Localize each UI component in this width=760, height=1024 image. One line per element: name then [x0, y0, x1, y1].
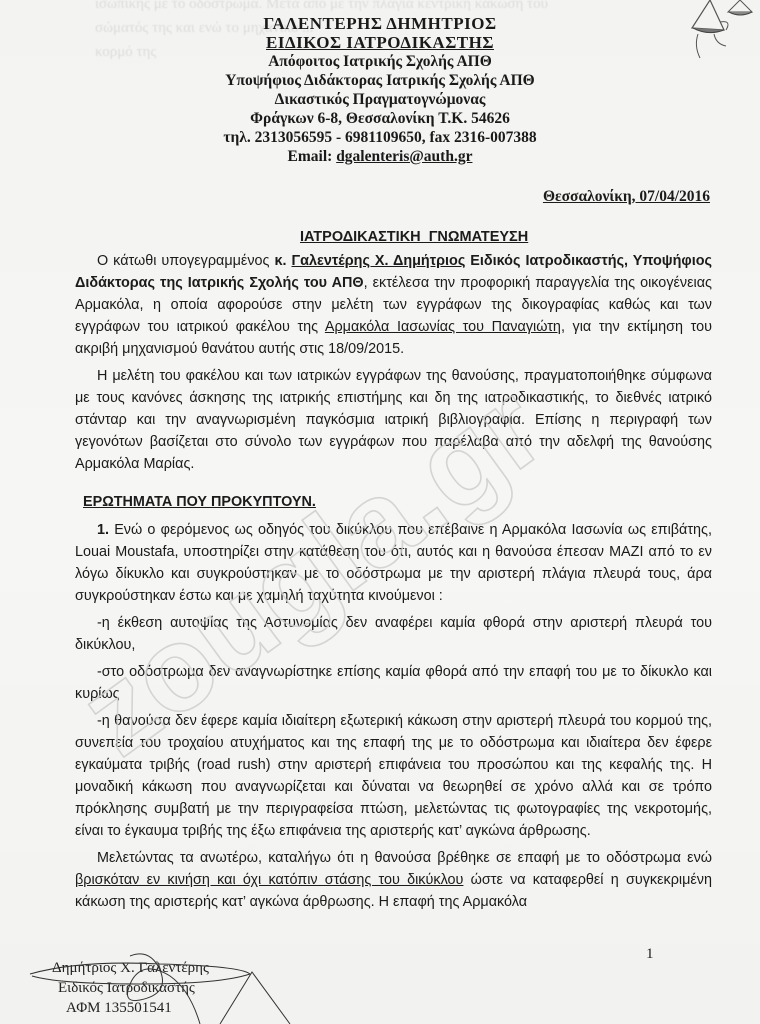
document-date: Θεσσαλονίκη, 07/04/2016: [543, 188, 710, 206]
bullet-item: -στο οδόστρωμα δεν αναγνωρίστηκε επίσης …: [75, 661, 712, 705]
bullet-item: -η θανούσα δεν έφερε καμία ιδιαίτερη εξω…: [75, 710, 712, 842]
text: Μελετώντας τα ανωτέρω, καταλήγω ότι η θα…: [97, 850, 712, 866]
handwritten-signature-icon: [20, 950, 350, 1024]
phone: τηλ. 2313056595 - 6981109650, fax 2316-0…: [0, 128, 760, 147]
paragraph-intro: Ο κάτωθι υπογεγραμμένος κ. Γαλεντέρης Χ.…: [75, 250, 712, 360]
deceased-name: Αρμακόλα Ιασωνίας του Παναγιώτη: [325, 319, 561, 335]
question-1: 1. Ενώ ο φερόμενος ως οδηγός του δικύκλο…: [75, 519, 712, 607]
letterhead-line: Απόφοιτος Ιατρικής Σχολής ΑΠΘ: [0, 52, 760, 71]
text: Ενώ ο φερόμενος ως οδηγός του δικύκλου π…: [75, 522, 712, 604]
question-number: 1.: [97, 522, 109, 538]
letterhead-line: Υποψήφιος Διδάκτορας Ιατρικής Σχολής ΑΠΘ: [0, 71, 760, 90]
page-number: 1: [646, 946, 654, 963]
author-name: ΓΑΛΕΝΤΕΡΗΣ ΔΗΜΗΤΡΙΟΣ: [0, 14, 760, 33]
paragraph-methodology: Η μελέτη του φακέλου και των ιατρικών εγ…: [75, 365, 712, 475]
email-line: Email: dgalenteris@auth.gr: [0, 147, 760, 166]
key-finding: βρισκόταν εν κινήση και όχι κατόπιν στάσ…: [75, 872, 463, 888]
address: Φράγκων 6-8, Θεσσαλονίκη Τ.Κ. 54626: [0, 109, 760, 128]
bullet-item: -η έκθεση αυτοψίας της Αστυνομίας δεν αν…: [75, 612, 712, 656]
email-label: Email:: [288, 148, 337, 165]
email-link[interactable]: dgalenteris@auth.gr: [336, 148, 472, 165]
letterhead-line: Δικαστικός Πραγματογνώμονας: [0, 90, 760, 109]
author-role: ΕΙΔΙΚΟΣ ΙΑΤΡΟΔΙΚΑΣΤΗΣ: [0, 33, 760, 52]
bleed-through-line: ισωπικής με το οδόστρωμα. Μετά από με τη…: [95, 0, 548, 13]
section-heading: ΕΡΩΤΗΜΑΤΑ ΠΟΥ ΠΡΟΚΥΠΤΟΥΝ.: [83, 491, 712, 513]
author-name-inline: Γαλεντέρης Χ. Δημήτριος: [292, 253, 466, 269]
document-body: Ο κάτωθι υπογεγραμμένος κ. Γαλεντέρης Χ.…: [75, 250, 712, 918]
text: ΕΡΩΤΗΜΑΤΑ ΠΟΥ ΠΡΟΚΥΠΤΟΥΝ: [83, 494, 312, 510]
document-page: ισωπικής με το οδόστρωμα. Μετά από με τη…: [0, 0, 760, 1024]
text: κ.: [274, 253, 291, 269]
text: Ο κάτωθι υπογεγραμμένος: [97, 253, 274, 269]
letterhead: ΓΑΛΕΝΤΕΡΗΣ ΔΗΜΗΤΡΙΟΣ ΕΙΔΙΚΟΣ ΙΑΤΡΟΔΙΚΑΣΤ…: [0, 14, 760, 166]
document-title: ΙΑΤΡΟΔΙΚΑΣΤΙΚΗ ΓΝΩΜΑΤΕΥΣΗ: [300, 229, 528, 245]
paragraph-conclusion: Μελετώντας τα ανωτέρω, καταλήγω ότι η θα…: [75, 847, 712, 913]
text: .: [312, 494, 316, 510]
